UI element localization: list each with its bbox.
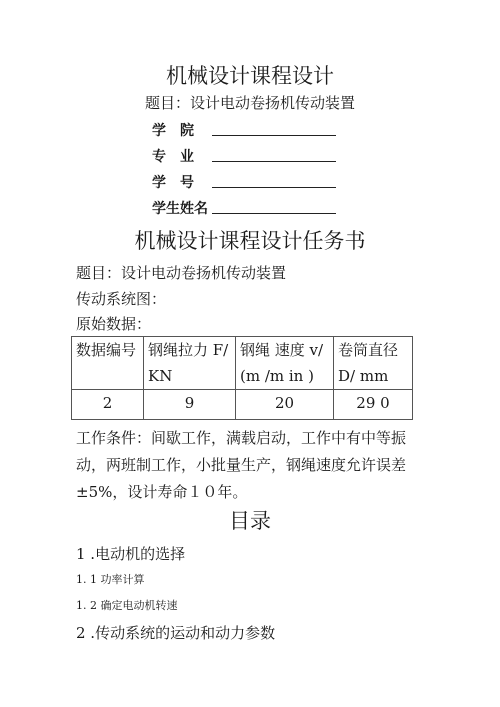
table-row: 2 9 20 29 0	[72, 390, 413, 420]
field-college: 学 院	[152, 120, 212, 140]
cell-rope-tension: 9	[144, 390, 236, 420]
field-label: 专 业	[152, 146, 212, 166]
cell-drum-diameter: 29 0	[334, 390, 413, 420]
header-cell: 钢绳拉力 F/KN	[144, 337, 236, 390]
toc-item[interactable]: 1. 1 功率计算	[76, 571, 145, 587]
field-student-id: 学 号	[152, 172, 212, 192]
table-header-row: 数据编号 钢绳拉力 F/KN 钢绳 速度 v/(m /m in ) 卷筒直径D/…	[72, 337, 413, 390]
blank-line	[212, 135, 336, 136]
header-cell: 数据编号	[72, 337, 144, 390]
data-label: 原始数据：	[76, 313, 151, 334]
header-cell: 钢绳 速度 v/(m /m in )	[236, 337, 334, 390]
header-cell: 卷筒直径D/ mm	[334, 337, 413, 390]
blank-line	[212, 161, 336, 162]
field-student-name: 学生姓名	[152, 198, 212, 218]
blank-line	[212, 213, 336, 214]
blank-line	[212, 187, 336, 188]
task-title: 机械设计课程设计任务书	[0, 225, 500, 255]
field-major: 专 业	[152, 146, 212, 166]
cover-title: 机械设计课程设计	[0, 60, 500, 90]
field-label: 学 院	[152, 120, 212, 140]
raw-data-table: 数据编号 钢绳拉力 F/KN 钢绳 速度 v/(m /m in ) 卷筒直径D/…	[71, 336, 413, 420]
toc-item[interactable]: 2 .传动系统的运动和动力参数	[76, 622, 275, 643]
task-topic: 题目：设计电动卷扬机传动装置	[76, 262, 286, 283]
cell-data-number: 2	[72, 390, 144, 420]
working-conditions: 工作条件：间歇工作，满载启动，工作中有中等振动，两班制工作，小批量生产，钢绳速度…	[76, 425, 426, 506]
toc-title: 目录	[0, 505, 500, 535]
diagram-label: 传动系统图：	[76, 288, 166, 309]
field-label: 学生姓名	[152, 198, 212, 218]
toc-item[interactable]: 1. 2 确定电动机转速	[76, 597, 178, 613]
cover-subtitle: 题目：设计电动卷扬机传动装置	[0, 92, 500, 113]
toc-item[interactable]: 1 .电动机的选择	[76, 543, 185, 564]
field-label: 学 号	[152, 172, 212, 192]
cell-rope-speed: 20	[236, 390, 334, 420]
